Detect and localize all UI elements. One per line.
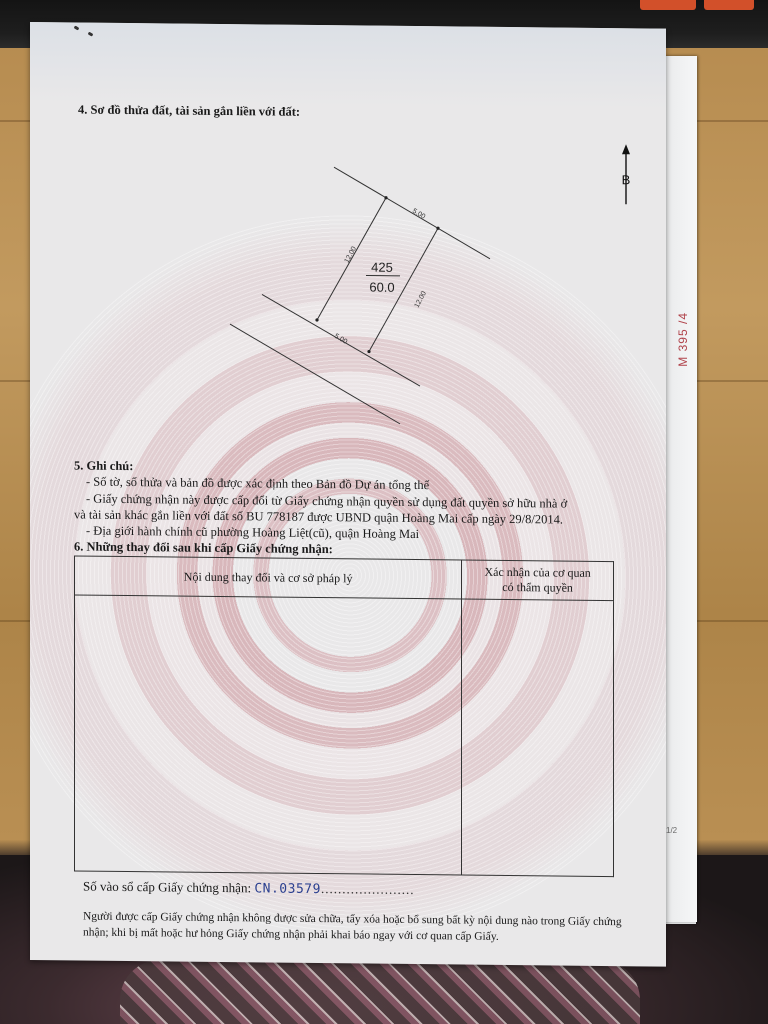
table-row-empty [75, 595, 614, 877]
section4-title: 4. Sơ đồ thửa đất, tài sản gắn liền với … [78, 103, 300, 120]
back-page-mark: 1/2 [666, 826, 677, 835]
section5-title: 5. Ghi chú: [74, 458, 133, 474]
certificate-content: 4. Sơ đồ thửa đất, tài sản gắn liền với … [30, 22, 666, 967]
warning-notice: Người được cấp Giấy chứng nhận không đượ… [83, 909, 643, 947]
north-arrow-icon: B [618, 144, 634, 206]
dimension-left: 12.00 [344, 245, 358, 264]
confirmation-cell [462, 599, 614, 877]
confirm-header-line1: Xác nhận của cơ quan [484, 565, 590, 580]
certificate-page: 4. Sơ đồ thửa đất, tài sản gắn liền với … [30, 22, 666, 967]
parcel-area: 60.0 [369, 280, 394, 295]
keyboard-key [704, 0, 754, 10]
keyboard-key [640, 0, 696, 10]
registry-number: CN.03579 [254, 881, 321, 897]
dimension-front: 5.00 [411, 208, 426, 221]
parcel-diagram: 5.00 5.00 12.00 12.00 425 60.0 [220, 154, 520, 437]
fabric-background [120, 960, 640, 1024]
north-label: B [622, 172, 631, 187]
dimension-right: 12.00 [414, 290, 428, 309]
section6-title: 6. Những thay đổi sau khi cấp Giấy chứng… [74, 539, 333, 557]
registry-label: Số vào sổ cấp Giấy chứng nhận: [83, 879, 251, 896]
registry-dots: ...................... [321, 881, 415, 897]
column-header-content: Nội dung thay đổi và cơ sở pháp lý [75, 556, 462, 599]
side-stamp: M 395 /4 [676, 312, 690, 367]
dimension-back: 5.00 [333, 333, 348, 346]
confirm-header-line2: có thẩm quyền [502, 580, 573, 595]
parcel-number: 425 [371, 260, 393, 275]
registry-line: Số vào sổ cấp Giấy chứng nhận: CN.03579.… [83, 879, 414, 898]
content-cell [75, 595, 462, 875]
column-header-confirmation: Xác nhận của cơ quan có thẩm quyền [462, 560, 614, 601]
note-line: - Số tờ, số thửa và bản đồ được xác định… [86, 475, 429, 494]
changes-table: Nội dung thay đổi và cơ sở pháp lý Xác n… [74, 555, 614, 877]
